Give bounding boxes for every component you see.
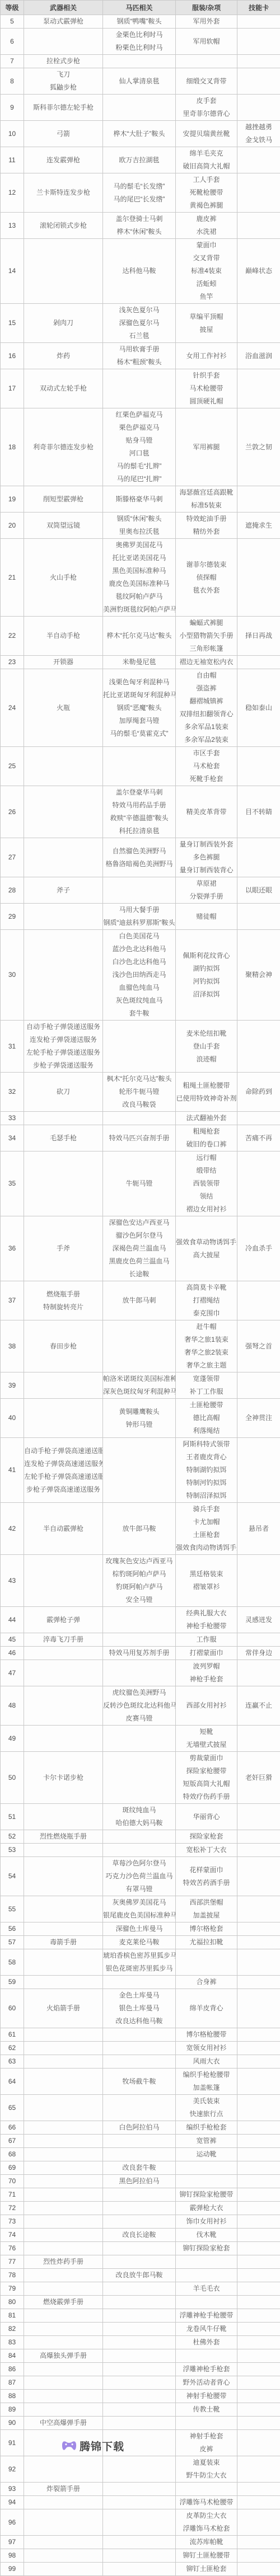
- clothing-cell: 浮雕神枪手枪套: [176, 2363, 237, 2376]
- clothing-cell: 风雨大衣: [176, 2055, 237, 2069]
- level-cell: 84: [1, 2349, 24, 2363]
- level-cell: 73: [1, 2215, 24, 2229]
- table-row: 47波列罗帽神枪手枪套: [1, 1660, 280, 1686]
- item: 连发枪子弹袋递送服务: [24, 1033, 102, 1046]
- item: 特效马匹兴奋剂手册: [103, 1132, 175, 1145]
- weapons-cell: 毒箭手册: [24, 1936, 103, 1949]
- item: 改良达科他马鞍: [103, 2015, 175, 2028]
- cards-cell: 连赢不止: [237, 1686, 280, 1726]
- horses-cell: 浅栗色匈牙利混种马托比亚诺斑匈牙利混种马钢质“恶魔”鞍头加厚绳套马镫马的鬃毛“莫…: [103, 669, 176, 747]
- item: 浪迹帽: [176, 1053, 237, 1066]
- cards-cell: [237, 2549, 280, 2563]
- item: 美氏装束: [176, 2095, 237, 2108]
- weapons-cell: [24, 2042, 103, 2055]
- item: 霰弹枪大衣: [176, 2202, 237, 2215]
- item: 强效食草动物诱饵手册: [176, 1236, 237, 1249]
- level-cell: 97: [1, 2536, 24, 2549]
- item: 浅沙色田纳西走马: [103, 969, 175, 981]
- item: 特效疗伤药手册: [176, 1790, 237, 1803]
- table-row: 41自动手枪子弹袋高速递送服务连发枪子弹袋高速递送服务左轮手枪子弹袋高速递送服务…: [1, 1438, 280, 1503]
- table-row: 97流苏库帕靴: [1, 2536, 280, 2549]
- item: 铆钉探险家枪腰带: [176, 2188, 237, 2201]
- item: 黑色美国标准种马: [103, 565, 175, 577]
- cards-cell: 目不转睛: [237, 786, 280, 838]
- item: 皮手套: [176, 95, 237, 107]
- horses-cell: [103, 2363, 176, 2376]
- item: 斧子: [24, 884, 102, 897]
- item: 春田步枪: [24, 1340, 102, 1353]
- clothing-cell: 黑廷格装束褶皱罩衫: [176, 1555, 237, 1607]
- item: 精纺外套: [176, 525, 237, 538]
- cards-cell: [237, 2403, 280, 2417]
- clothing-cell: 骑兵手套卡尤加帽土匪枪套强效食肉动物诱饵手册: [176, 1503, 237, 1555]
- table-row: 55灰奥佛罗美国花马银尾鹿皮色美国标准种马西部洪堡帽加盖披屋: [1, 1896, 280, 1922]
- table-row: 13滚轮闭锁式步枪盖尔登骑士马刺桦木“休闲”鞍头鹿皮裤水洗裙: [1, 213, 280, 239]
- clothing-cell: 军用外套: [176, 15, 237, 29]
- level-cell: 64: [1, 2069, 24, 2095]
- item: 深骝色安达卢西亚马: [103, 1216, 175, 1229]
- horses-cell: 欧万吉拉湖毯: [103, 147, 176, 173]
- weapons-cell: [24, 1976, 103, 1989]
- item: 双排纽扣翻领背心: [176, 708, 237, 721]
- clothing-cell: 铆钉土匪枪腰带: [176, 2549, 237, 2563]
- item: 河钓拟饵: [176, 975, 237, 988]
- item: 浴血滋润: [237, 350, 280, 363]
- item: 打褶蒙面巾: [176, 1647, 237, 1660]
- item: 桦木“大肚子”鞍头: [103, 128, 175, 140]
- item: 豹斑阿帕卢萨马: [103, 1581, 175, 1593]
- item: 花样蒙面巾: [176, 1864, 237, 1877]
- table-row: 86浮雕神枪手枪套: [1, 2363, 280, 2376]
- weapons-cell: [24, 1922, 103, 1936]
- level-cell: 26: [1, 786, 24, 838]
- horses-cell: 黑色阿拉伯马: [103, 2175, 176, 2188]
- item: 骝沙色阿尔登马: [103, 1229, 175, 1242]
- horses-cell: [103, 747, 176, 786]
- level-cell: 99: [1, 2563, 24, 2576]
- weapons-cell: [24, 239, 103, 304]
- level-cell: 41: [1, 1438, 24, 1503]
- cards-cell: [237, 2363, 280, 2376]
- item: 饰巾女用衬衫: [176, 2215, 237, 2228]
- level-cell: 46: [1, 1647, 24, 1660]
- clothing-cell: 编织手枪枪套: [176, 2121, 237, 2135]
- item: 半自动霰弹枪: [24, 1522, 102, 1535]
- item: 悬吊者: [237, 1522, 280, 1535]
- item: 全神贯注: [237, 1412, 280, 1425]
- item: 命除药到: [237, 1085, 280, 1098]
- cards-cell: [237, 1949, 280, 1976]
- weapons-cell: 中空高爆弹手册: [24, 2417, 103, 2430]
- item: 风雨大衣: [176, 2055, 237, 2068]
- horses-cell: [103, 1844, 176, 1857]
- item: 灰色斑纹纯血马: [103, 994, 175, 1007]
- horses-cell: [103, 95, 176, 121]
- horses-cell: [103, 2403, 176, 2417]
- item: 短版高筒大礼帽: [176, 1778, 237, 1790]
- weapons-cell: [24, 2563, 103, 2576]
- level-cell: 68: [1, 2148, 24, 2161]
- item: 桦木“休闲”鞍头: [103, 225, 175, 238]
- item: 特效马用复苏剂手册: [103, 1647, 175, 1660]
- clothing-cell: 运动靴: [176, 2148, 237, 2161]
- item: 标准4装束: [176, 265, 237, 278]
- clothing-cell: 安提贝瑞黄丝靴: [176, 121, 237, 147]
- item: 浅灰色夏尔马: [103, 304, 175, 317]
- item: 白沙色北达科他马: [103, 956, 175, 969]
- cards-cell: [237, 486, 280, 513]
- weapons-cell: [24, 1857, 103, 1896]
- clothing-cell: 霰弹枪大衣: [176, 2202, 237, 2215]
- column-header-horses: 马匹相关: [103, 1, 176, 15]
- item: 博尔格枪腰带: [176, 2028, 237, 2041]
- horses-cell: [103, 2042, 176, 2055]
- item: 波列罗帽: [176, 1660, 237, 1673]
- cards-cell: 遮掩求生: [237, 513, 280, 539]
- item: 牧场截牛鞍: [103, 2075, 175, 2088]
- horses-cell: 改良放牛郎马鞍: [103, 2269, 176, 2282]
- table-row: 99铆钉土匪枪套: [1, 2563, 280, 2576]
- item: 黑鹿皮色荷兰温血马: [103, 1255, 175, 1268]
- item: 科托拉清泉毯: [103, 825, 175, 838]
- cards-cell: [237, 2161, 280, 2175]
- horses-cell: 马用大餐手册钢质“迪兹科罗那斯”鞍头: [103, 904, 176, 930]
- level-cell: 34: [1, 1125, 24, 1151]
- item: 马的尾巴“长发绺”: [103, 193, 175, 206]
- weapons-cell: 兰卡斯特连发步枪: [24, 173, 103, 213]
- level-cell: 15: [1, 304, 24, 343]
- table-row: 93炸裂箭手册: [1, 2483, 280, 2496]
- level-cell: 11: [1, 147, 24, 173]
- item: 神枪手枪套: [176, 1673, 237, 1686]
- horses-cell: 钢质“鸭嘴”鞍头: [103, 15, 176, 29]
- clothing-cell: 草编平顶帽披屋: [176, 304, 237, 343]
- table-row: 25市区手套马术枪套死靴手枪套: [1, 747, 280, 786]
- weapons-cell: 春田步枪: [24, 1320, 103, 1372]
- level-cell: 76: [1, 2242, 24, 2255]
- level-cell: 7: [1, 55, 24, 68]
- weapons-cell: [24, 2282, 103, 2296]
- weapons-cell: [24, 2269, 103, 2282]
- horses-cell: [103, 55, 176, 68]
- item: 西部女用衬衫: [176, 1699, 237, 1712]
- item: 托比亚诺斑匈牙利混种马: [103, 689, 175, 702]
- horses-cell: [103, 2148, 176, 2161]
- item: 枫木“托尔克马达”鞍头: [103, 1073, 175, 1085]
- cards-cell: [237, 95, 280, 121]
- item: 燃烧霰弹手册: [24, 2296, 102, 2309]
- item: 短靴: [176, 1726, 237, 1738]
- item: 量身订制西装背心: [176, 864, 237, 877]
- weapons-cell: 毛瑟手枪: [24, 1125, 103, 1151]
- level-cell: 96: [1, 2509, 24, 2536]
- weapons-cell: [24, 2161, 103, 2175]
- weapons-cell: 自动手枪子弹袋递送服务连发枪子弹袋递送服务左轮手枪子弹袋递送服务步枪子弹袋递送服…: [24, 1021, 103, 1073]
- weapons-cell: [24, 2242, 103, 2255]
- item: 合身裤: [176, 1976, 237, 1989]
- level-cell: 40: [1, 1399, 24, 1438]
- weapons-cell: [24, 1726, 103, 1752]
- cards-cell: [237, 2135, 280, 2148]
- item: 弓箭: [24, 128, 102, 140]
- clothing-cell: 铆钉探险家枪腰带: [176, 2188, 237, 2202]
- table-row: 36手斧深骝色安达卢西亚马骝沙色阿尔登马深褐色荷兰温血马黑鹿皮色荷兰温血马长途鞍…: [1, 1216, 280, 1281]
- horses-cell: [103, 2563, 176, 2576]
- item: 补丁工作服: [176, 1385, 237, 1398]
- table-row: 82龙卷风牛仔靴: [1, 2323, 280, 2336]
- horses-cell: 灰奥佛罗美国花马银尾鹿皮色美国标准种马: [103, 1896, 176, 1922]
- item: 奢华之旅2装束: [176, 1346, 237, 1359]
- item: 钢质“鸭嘴”鞍头: [103, 15, 175, 28]
- horses-cell: [103, 2509, 176, 2536]
- table-row: 56深骝色土库曼马博尔格枪套: [1, 1922, 280, 1936]
- cards-cell: [237, 1804, 280, 1830]
- item: 市区手套: [176, 747, 237, 760]
- item: 白色阿拉伯马: [103, 2121, 175, 2134]
- table-row: 51斑纹纯血马哈伯德大妈马鞍华丽背心: [1, 1804, 280, 1830]
- item: 钢质“迪兹科罗那斯”鞍头: [103, 916, 175, 929]
- cards-cell: 强弩之首: [237, 1320, 280, 1372]
- horses-cell: 特效马匹兴奋剂手册: [103, 1125, 176, 1151]
- item: 毯衣外套: [176, 584, 237, 597]
- table-row: 94浮雕饰马术枪腰带: [1, 2496, 280, 2509]
- clothing-cell: 绵羊毛夹克破旧高筒大礼帽: [176, 147, 237, 173]
- horses-cell: [103, 1660, 176, 1686]
- item: 巅峰状态: [237, 265, 280, 278]
- clothing-cell: 铆钉探险家枪套: [176, 2242, 237, 2255]
- item: 杨木“粗颈”鞍头: [103, 356, 175, 369]
- clothing-cell: 麦米伦纽扣靴登山手套浪迹帽: [176, 1021, 237, 1073]
- weapons-cell: [24, 1399, 103, 1438]
- level-cell: 44: [1, 1607, 24, 1633]
- cards-cell: [237, 2202, 280, 2215]
- clothing-cell: 华丽背心: [176, 1804, 237, 1830]
- clothing-cell: 草原裙分裂弹手册: [176, 877, 237, 904]
- cards-cell: [237, 2390, 280, 2403]
- table-row: 46特效马用复苏剂手册打褶蒙面巾常伴身边: [1, 1647, 280, 1660]
- item: 宽领女用衬衫: [176, 2042, 237, 2055]
- item: 细缎交叉背带: [176, 75, 237, 88]
- horses-cell: 自然骝色美洲野马格鲁洛暗褐色美洲野马: [103, 838, 176, 877]
- item: 火瓶: [24, 702, 102, 714]
- cards-cell: [237, 2536, 280, 2549]
- cards-cell: [237, 1151, 280, 1216]
- item: 佩斯利花纹背心: [176, 949, 237, 962]
- column-header-weapons: 武器相关: [24, 1, 103, 15]
- cards-cell: [237, 2175, 280, 2188]
- cards-cell: [237, 68, 280, 95]
- weapons-cell: [24, 29, 103, 55]
- clothing-cell: 浮雕饰马术枪腰带: [176, 2496, 237, 2509]
- horses-cell: [103, 1112, 176, 1125]
- weapons-cell: 卡尔卡诺步枪: [24, 1752, 103, 1804]
- level-cell: 71: [1, 2188, 24, 2202]
- item: 高爆独头弹手册: [24, 2349, 102, 2362]
- item: 多余军品2装束: [176, 734, 237, 746]
- weapons-cell: [24, 2135, 103, 2148]
- clothing-cell: 流苏库帕靴: [176, 2536, 237, 2549]
- table-row: 63风雨大衣: [1, 2055, 280, 2069]
- clothing-cell: 浮雕神枪手枪腰带: [176, 2309, 237, 2323]
- item: 流苏库帕靴: [176, 2536, 237, 2549]
- item: 反转沙色斑纹北达科他马: [103, 1699, 175, 1712]
- item: 黄褐色裤腿: [176, 199, 237, 212]
- item: 自动手枪子弹袋递送服务: [24, 1021, 102, 1033]
- item: 王者鹿皮背心: [176, 1451, 237, 1464]
- weapons-cell: [24, 1372, 103, 1399]
- clothing-cell: [176, 2349, 237, 2363]
- clothing-cell: 土匪枪腰带德比高帽利落绳结: [176, 1399, 237, 1438]
- item: 运动靴: [176, 2148, 237, 2161]
- level-cell: 69: [1, 2161, 24, 2175]
- table-row: 22半自动手枪桦木“托尔克马达”鞍头蝙蝠式裤腿小型猎物箭矢手册三角形帐篷择日再战: [1, 617, 280, 656]
- item: 褶皱罩衫: [176, 1581, 237, 1593]
- weapons-cell: 泵动式霰弹枪: [24, 15, 103, 29]
- weapons-cell: [24, 2028, 103, 2042]
- horses-cell: 马用软膏手册杨木“粗颈”鞍头: [103, 343, 176, 369]
- weapons-cell: 剁肉刀: [24, 304, 103, 343]
- item: 以眼还眼: [237, 884, 280, 897]
- item: 钟形马镫: [103, 1418, 175, 1431]
- item: 改良套牛鞍: [103, 2161, 175, 2174]
- table-row: 26盖尔登豪华马刺特效马用药品手册救赎“辛德温德”鞍头科托拉清泉毯精美皮革背带目…: [1, 786, 280, 838]
- table-row: 8飞刀狐鼬步枪仙人掌清泉毯细缎交叉背带: [1, 68, 280, 95]
- clothing-cell: 绵羊皮背心: [176, 1989, 237, 2028]
- level-cell: 19: [1, 486, 24, 513]
- table-row: 59合身裤: [1, 1976, 280, 1989]
- weapons-cell: [24, 1804, 103, 1830]
- item: 马的鬃毛“长发绺”: [103, 180, 175, 193]
- table-row: 6金栗色比利时马粉栗色比利时马军用软帽: [1, 29, 280, 55]
- item: 金栗色比利时马: [103, 29, 175, 41]
- clothing-cell: 自由帽强盗裤翻褶城镇裤双排纽扣翻领背心多余军品1装束多余军品2装束: [176, 669, 237, 747]
- clothing-cell: 博尔格枪套: [176, 1922, 237, 1936]
- horses-cell: [103, 2496, 176, 2509]
- item: 美洲豹斑毯纹阿帕卢萨马: [103, 603, 175, 616]
- level-cell: 63: [1, 2055, 24, 2069]
- horses-cell: [103, 2376, 176, 2390]
- level-cell: 98: [1, 2549, 24, 2563]
- clothing-cell: 迪夏装束野牛防尘大衣: [176, 2456, 237, 2483]
- clothing-cell: 针织手套马术枪腰带圆顶硬礼帽: [176, 369, 237, 408]
- cards-cell: [237, 1555, 280, 1607]
- clothing-cell: 赶牛帽奢华之旅1装束奢华之旅2装束奢华之旅主题: [176, 1320, 237, 1372]
- level-cell: 90: [1, 2417, 24, 2430]
- weapons-cell: [24, 1686, 103, 1726]
- clothing-cell: [176, 2296, 237, 2309]
- table-row: 96皮革防尘大衣浮雕饰马术枪套: [1, 2509, 280, 2536]
- cards-cell: 命除药到: [237, 1073, 280, 1112]
- horses-cell: 米勒曼尼毯: [103, 656, 176, 669]
- item: 褶边无袖宽松内衣: [176, 656, 237, 669]
- item: 伐木靴: [176, 2229, 237, 2241]
- watermark-text: 腾锦下载: [80, 2438, 124, 2453]
- item: 缎带结: [176, 1164, 237, 1177]
- item: 精美皮革背带: [176, 806, 237, 819]
- item: 探险家枪套: [176, 1830, 237, 1843]
- table-row: 98铆钉土匪枪腰带: [1, 2549, 280, 2563]
- table-row: 28斧子草原裙分裂弹手册以眼还眼: [1, 877, 280, 904]
- item: 斯科菲尔德左轮手枪: [24, 101, 102, 114]
- table-row: 64牧场截牛鞍编织手枪枪腰带加盖帐篷: [1, 2069, 280, 2095]
- level-cell: 35: [1, 1151, 24, 1216]
- cards-cell: [237, 1633, 280, 1647]
- item: 烈性炸药手册: [24, 2255, 102, 2268]
- table-row: 81浮雕神枪手枪腰带: [1, 2309, 280, 2323]
- clothing-cell: 博尔格枪腰带: [176, 2028, 237, 2042]
- item: 斑纹纯血马: [103, 1804, 175, 1817]
- item: 领结: [176, 1190, 237, 1203]
- item: 交叉背带: [176, 252, 237, 265]
- cards-cell: 苦痛不再: [237, 1125, 280, 1151]
- level-cell: 56: [1, 1922, 24, 1936]
- level-cell: 8: [1, 68, 24, 95]
- level-cell: 16: [1, 343, 24, 369]
- level-cell: 37: [1, 1281, 24, 1320]
- horses-cell: 放牛郎马刺: [103, 1281, 176, 1320]
- table-row: 14达科他马鞍蒙面巾交叉背带标准4装束活蚯蚓鱼竿巅峰状态: [1, 239, 280, 304]
- item: 小型猎物箭矢手册: [176, 629, 237, 642]
- item: 血骝色纯血马: [103, 981, 175, 994]
- item: 军用外套: [176, 15, 237, 28]
- cards-cell: [237, 2430, 280, 2456]
- horses-cell: [103, 877, 176, 904]
- item: 砍刀: [24, 1085, 102, 1098]
- item: 炸药: [24, 350, 102, 363]
- item: 冷血杀手: [237, 1242, 280, 1255]
- level-cell: 20: [1, 513, 24, 539]
- table-row: 21火山手枪奥佛罗美国花马托比亚诺美国花马黑色美国标准种马鹿皮色美国标准种马毯纹…: [1, 539, 280, 617]
- weapons-cell: [24, 2496, 103, 2509]
- weapons-cell: [24, 2095, 103, 2121]
- item: 皮裤: [176, 2443, 237, 2456]
- table-row: 24火瓶浅栗色匈牙利混种马托比亚诺斑匈牙利混种马钢质“恶魔”鞍头加厚绳套马镫马的…: [1, 669, 280, 747]
- cards-cell: [237, 1844, 280, 1857]
- cards-cell: [237, 2336, 280, 2349]
- horses-cell: [103, 1320, 176, 1372]
- weapons-cell: 弓箭: [24, 121, 103, 147]
- item: 女用工作衬衫: [176, 350, 237, 363]
- item: 格鲁洛暗褐色美洲野马: [103, 858, 175, 871]
- table-row: 66白色阿拉伯马编织手枪枪套: [1, 2121, 280, 2135]
- clothing-cell: 西部洪堡帽加盖披屋: [176, 1896, 237, 1922]
- table-row: 70黑色阿拉伯马: [1, 2175, 280, 2188]
- weapons-cell: [24, 2336, 103, 2349]
- item: 兰卡斯特连发步枪: [24, 186, 102, 199]
- item: 自动手枪子弹袋高速递送服务: [24, 1445, 102, 1458]
- weapons-cell: [24, 904, 103, 930]
- item: 里奇菲尔德背心: [176, 107, 237, 120]
- level-cell: 61: [1, 2028, 24, 2042]
- item: 马的尾巴“扎辫”: [103, 473, 175, 486]
- level-cell: 52: [1, 1830, 24, 1844]
- item: 军用软帽: [176, 35, 237, 48]
- level-cell: 23: [1, 656, 24, 669]
- level-cell: 28: [1, 877, 24, 904]
- item: 褶边女用衬衫: [176, 1203, 237, 1216]
- table-row: 43玫瑰灰色安达卢西亚马棕豹斑阿帕卢萨马豹斑阿帕卢萨马安全马镫黑廷格装束褶皱罩衫: [1, 1555, 280, 1607]
- clothing-cell: 阿斯科特式领带王者鹿皮背心特制湖钓拟饵特制河钓拟饵特制沼泽拟饵: [176, 1438, 237, 1503]
- level-cell: 38: [1, 1320, 24, 1372]
- item: 黑廷格装束: [176, 1568, 237, 1581]
- cards-cell: [237, 2376, 280, 2390]
- cards-cell: [237, 2069, 280, 2095]
- level-cell: 53: [1, 1844, 24, 1857]
- item: 狐鼬步枪: [24, 81, 102, 94]
- horses-cell: 改良套牛鞍: [103, 2161, 176, 2175]
- weapons-cell: [24, 1949, 103, 1976]
- item: 深灰色斑纹匈牙利混种马: [103, 1385, 175, 1398]
